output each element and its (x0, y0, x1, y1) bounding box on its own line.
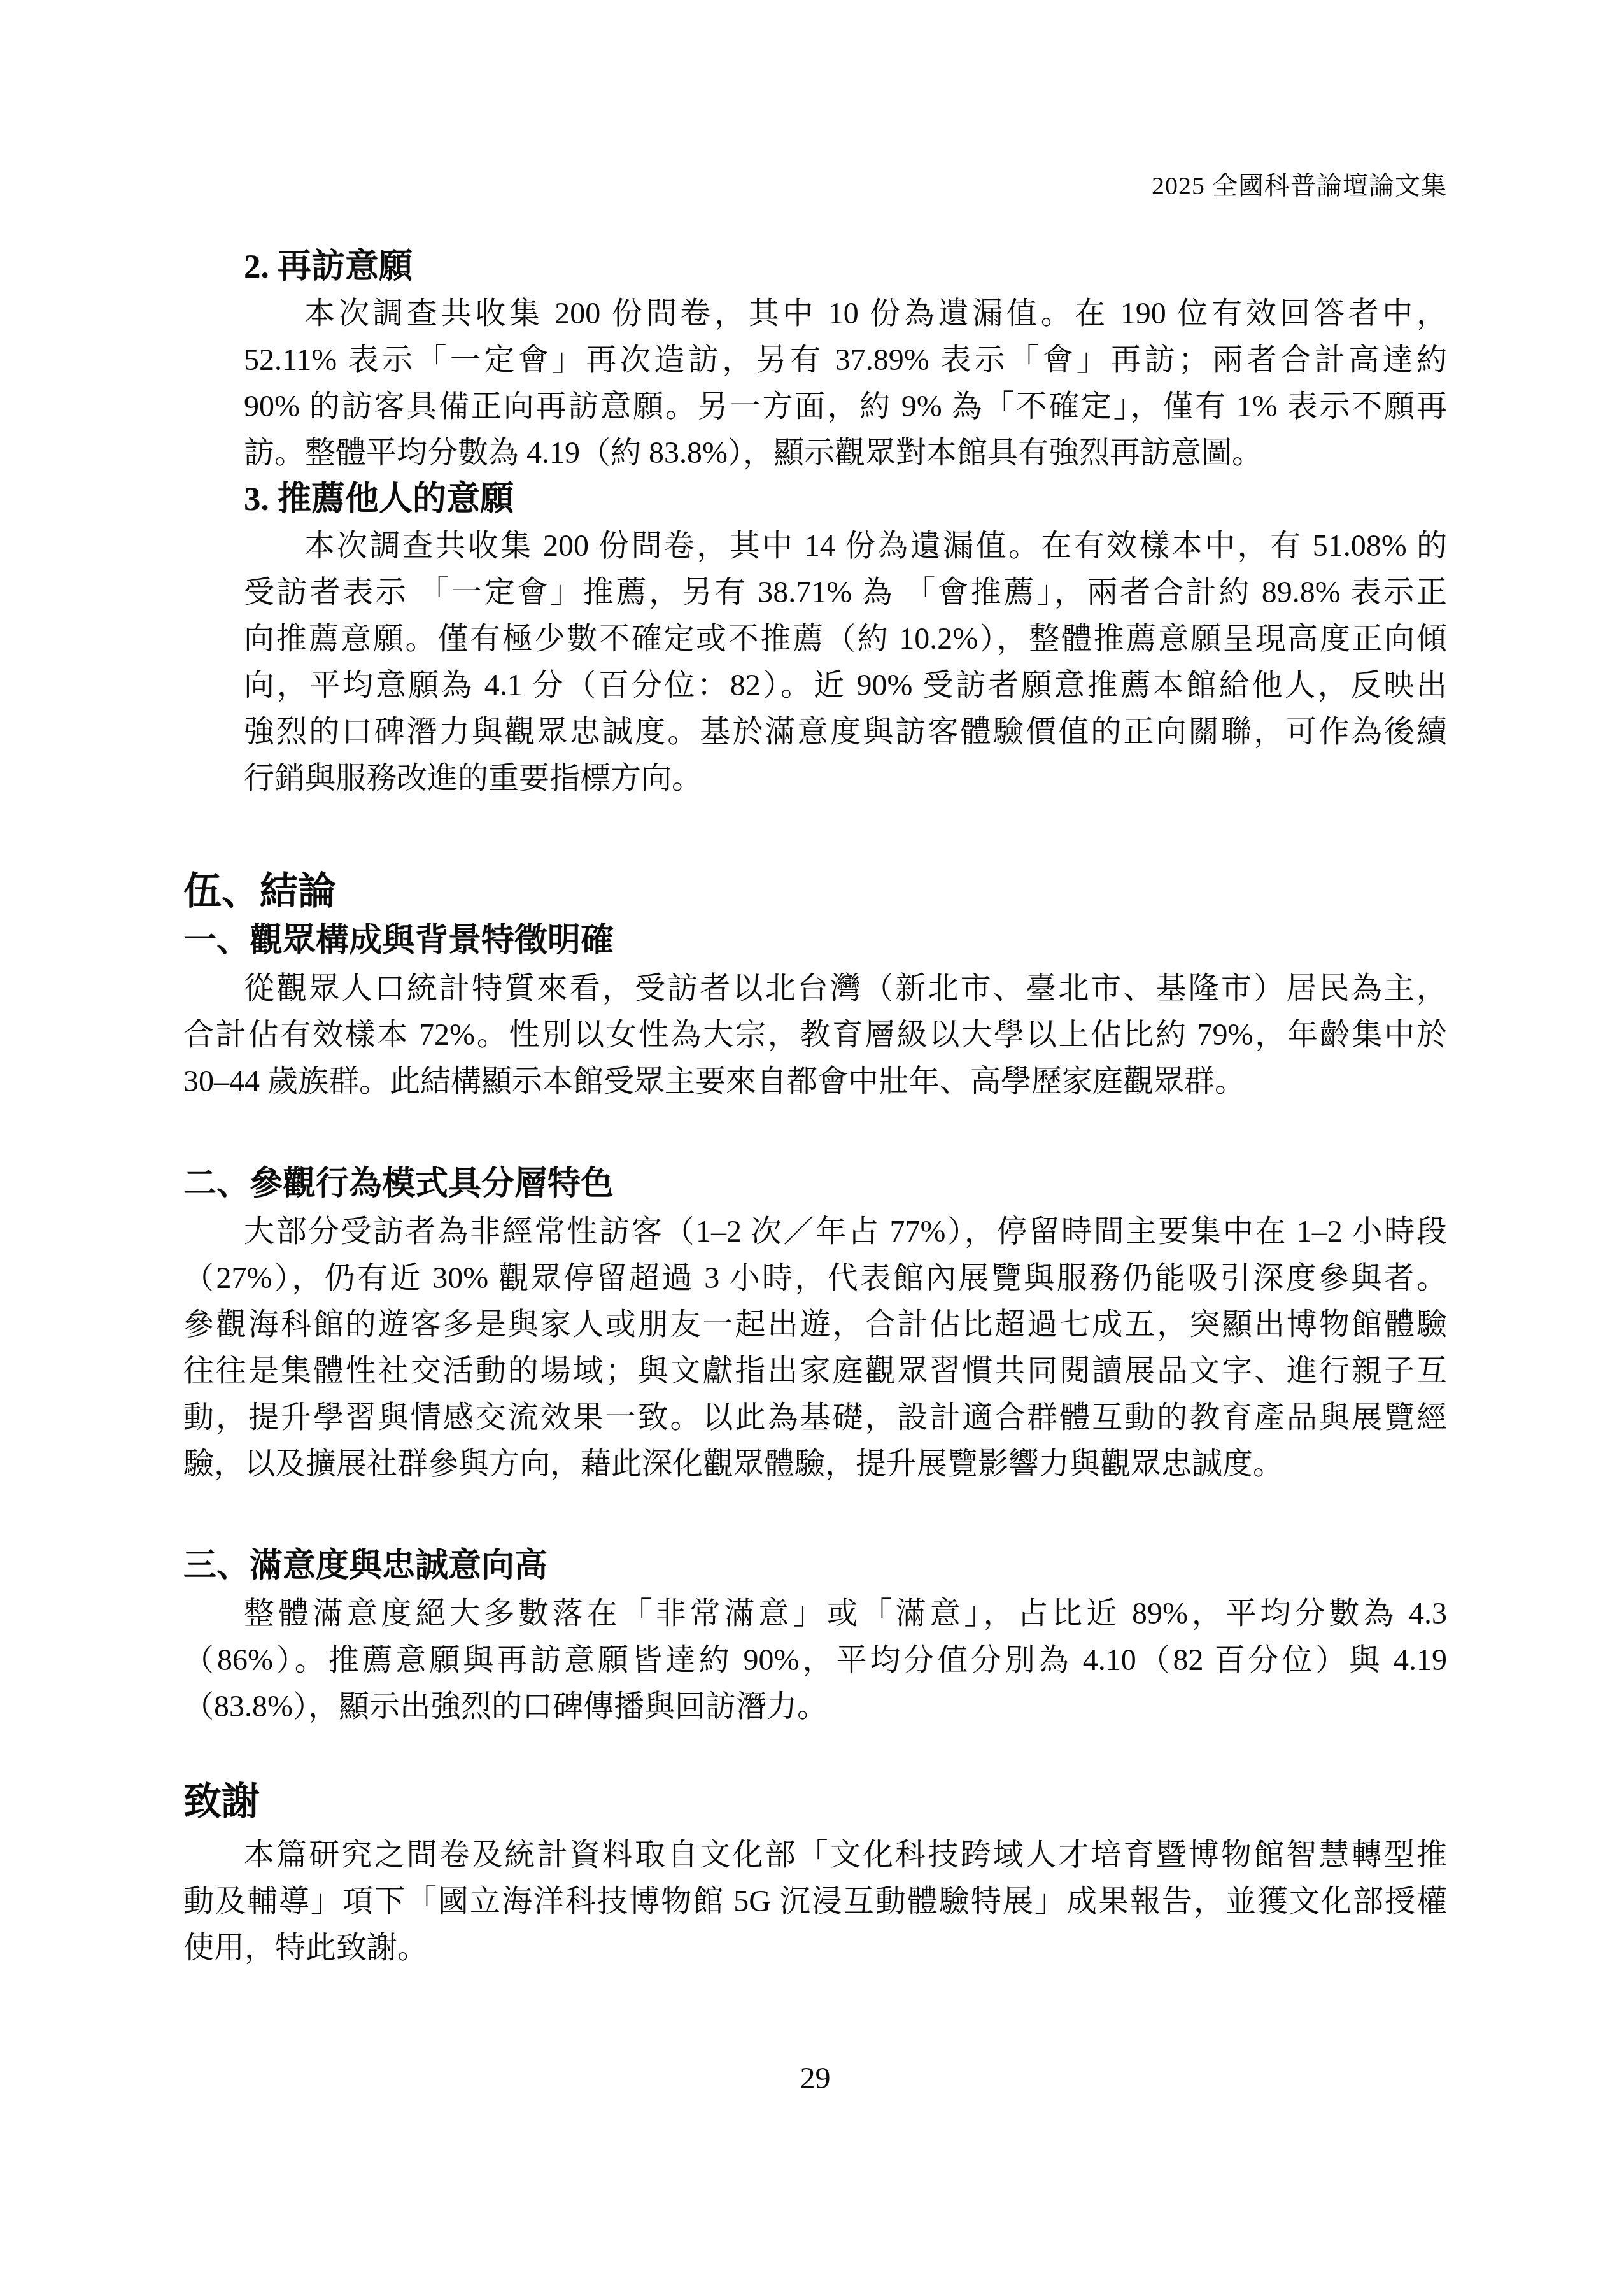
body-line: 大部分受訪者為非經常性訪客（1–2 次／年占 77%），停留時間主要集中在 1–… (183, 1208, 1447, 1255)
body-line: 整體滿意度絕大多數落在「非常滿意」或「滿意」，占比近 89%，平均分數為 4.3 (183, 1590, 1447, 1637)
body-line: 動，提升學習與情感交流效果一致。以此為基礎，設計適合群體互動的教育產品與展覽經 (183, 1394, 1447, 1441)
text-column: 2025 全國科普論壇論文集 2. 再訪意願 本次調查共收集 200 份問卷，其… (183, 0, 1447, 2095)
body-line: 90% 的訪客具備正向再訪意願。另一方面，約 9% 為「不確定」，僅有 1% 表… (244, 383, 1447, 430)
conclusion-part2-heading: 二、參觀行為模式具分層特色 (183, 1164, 1447, 1204)
conclusion-part1-heading: 一、觀眾構成與背景特徵明確 (183, 921, 1447, 961)
body-line: 強烈的口碑潛力與觀眾忠誠度。基於滿意度與訪客體驗價值的正向關聯，可作為後續 (244, 709, 1447, 755)
body-line: 往往是集體性社交活動的場域；與文獻指出家庭觀眾習慣共同閱讀展品文字、進行親子互 (183, 1348, 1447, 1394)
conclusion-part1-body: 從觀眾人口統計特質來看，受訪者以北台灣（新北市、臺北市、基隆市）居民為主， 合計… (183, 965, 1447, 1105)
body-line: 本次調查共收集 200 份問卷，其中 14 份為遺漏值。在有效樣本中，有 51.… (244, 523, 1447, 569)
body-line: 向推薦意願。僅有極少數不確定或不推薦（約 10.2%），整體推薦意願呈現高度正向… (244, 616, 1447, 662)
page-number: 29 (183, 2063, 1447, 2095)
body-line: （27%），仍有近 30% 觀眾停留超過 3 小時，代表館內展覽與服務仍能吸引深… (183, 1255, 1447, 1301)
conclusion-part3-heading: 三、滿意度與忠誠意向高 (183, 1546, 1447, 1586)
body-line: 30–44 歲族群。此結構顯示本館受眾主要來自都會中壯年、高學歷家庭觀眾群。 (183, 1058, 1447, 1105)
section-revisit-intention: 2. 再訪意願 本次調查共收集 200 份問卷，其中 10 份為遺漏值。在 19… (183, 244, 1447, 802)
body-line: 參觀海科館的遊客多是與家人或朋友一起出遊，合計佔比超過七成五，突顯出博物館體驗 (183, 1301, 1447, 1348)
acknowledgement-heading: 致謝 (183, 1776, 1447, 1827)
body-line: 動及輔導」項下「國立海洋科技博物館 5G 沉浸互動體驗特展」成果報告，並獲文化部… (183, 1878, 1447, 1925)
body-line: 使用，特此致謝。 (183, 1925, 1447, 1971)
body-line: （86%）。推薦意願與再訪意願皆達約 90%，平均分值分別為 4.10（82 百… (183, 1637, 1447, 1683)
section-heading-recommend: 3. 推薦他人的意願 (244, 476, 1447, 523)
body-line: 本次調查共收集 200 份問卷，其中 10 份為遺漏值。在 190 位有效回答者… (244, 290, 1447, 337)
conclusion-part2-body: 大部分受訪者為非經常性訪客（1–2 次／年占 77%），停留時間主要集中在 1–… (183, 1208, 1447, 1487)
body-line: 從觀眾人口統計特質來看，受訪者以北台灣（新北市、臺北市、基隆市）居民為主， (183, 965, 1447, 1012)
body-line: 合計佔有效樣本 72%。性別以女性為大宗，教育層級以大學以上佔比約 79%，年齡… (183, 1012, 1447, 1058)
body-line: 受訪者表示 「一定會」推薦，另有 38.71% 為 「會推薦」，兩者合計約 89… (244, 569, 1447, 616)
body-line: 訪。整體平均分數為 4.19（約 83.8%），顯示觀眾對本館具有強烈再訪意圖。 (244, 430, 1447, 476)
acknowledgement-body: 本篇研究之問卷及統計資料取自文化部「文化科技跨域人才培育暨博物館智慧轉型推 動及… (183, 1832, 1447, 1971)
section-heading-revisit: 2. 再訪意願 (244, 244, 1447, 290)
conclusion-part3-body: 整體滿意度絕大多數落在「非常滿意」或「滿意」，占比近 89%，平均分數為 4.3… (183, 1590, 1447, 1730)
page: 2025 全國科普論壇論文集 2. 再訪意願 本次調查共收集 200 份問卷，其… (0, 0, 1624, 2278)
body-line: 驗，以及擴展社群參與方向，藉此深化觀眾體驗，提升展覽影響力與觀眾忠誠度。 (183, 1441, 1447, 1487)
body-line: 行銷與服務改進的重要指標方向。 (244, 755, 1447, 802)
conclusion-heading: 伍、結論 (183, 866, 1447, 917)
body-line: 52.11% 表示「一定會」再次造訪，另有 37.89% 表示「會」再訪；兩者合… (244, 337, 1447, 383)
running-header: 2025 全國科普論壇論文集 (183, 173, 1447, 199)
body-line: 本篇研究之問卷及統計資料取自文化部「文化科技跨域人才培育暨博物館智慧轉型推 (183, 1832, 1447, 1878)
body-line: （83.8%），顯示出強烈的口碑傳播與回訪潛力。 (183, 1683, 1447, 1730)
body-line: 向，平均意願為 4.1 分（百分位：82）。近 90% 受訪者願意推薦本館給他人… (244, 662, 1447, 709)
